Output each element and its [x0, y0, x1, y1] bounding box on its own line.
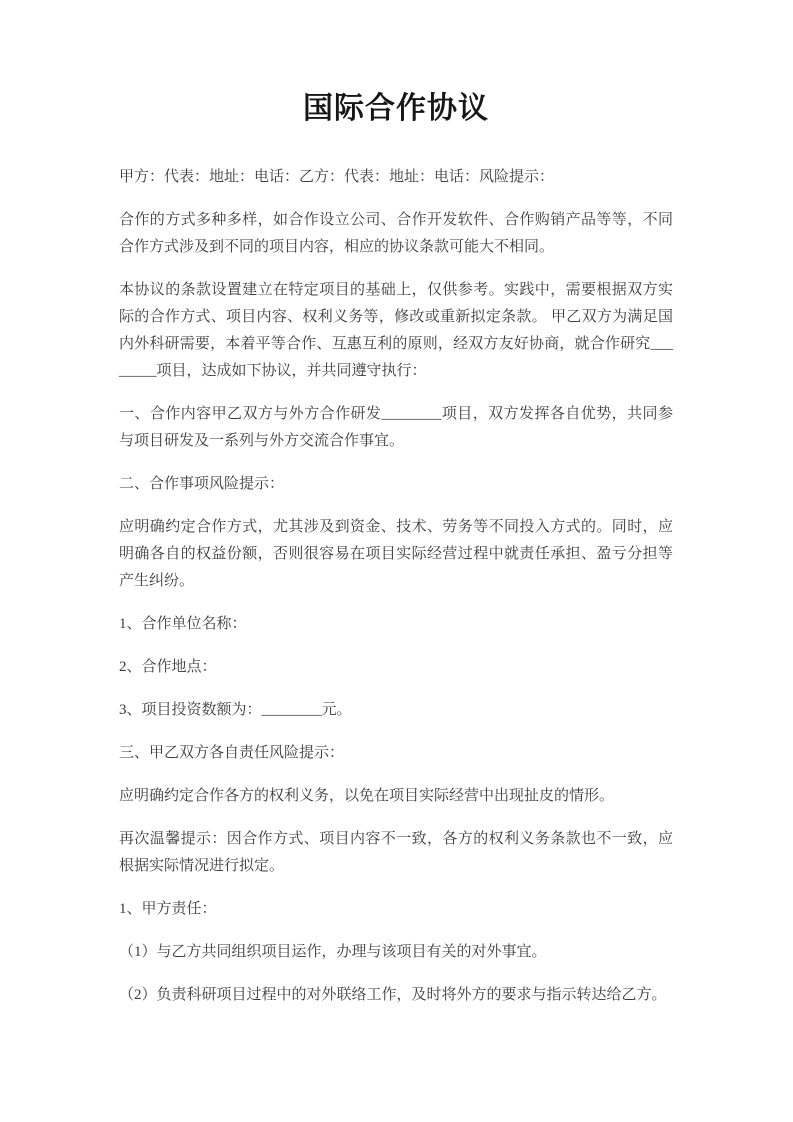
paragraph: （1）与乙方共同组织项目运作，办理与该项目有关的对外事宜。 [119, 939, 673, 966]
paragraph: （2）负责科研项目过程中的对外联络工作，及时将外方的要求与指示转达给乙方。 [119, 982, 673, 1009]
document-page: 国际合作协议 甲方：代表：地址：电话：乙方：代表：地址：电话：风险提示：合作的方… [0, 0, 793, 1122]
paragraph: 合作的方式多种多样，如合作设立公司、合作开发软件、合作购销产品等等，不同合作方式… [119, 207, 673, 261]
paragraph: 1、合作单位名称： [119, 611, 673, 638]
document-title: 国际合作协议 [119, 89, 673, 129]
paragraph: 二、合作事项风险提示： [119, 471, 673, 498]
document-body: 甲方：代表：地址：电话：乙方：代表：地址：电话：风险提示：合作的方式多种多样，如… [119, 164, 673, 1009]
document-content: 国际合作协议 甲方：代表：地址：电话：乙方：代表：地址：电话：风险提示：合作的方… [0, 89, 793, 1009]
paragraph: 3、项目投资数额为：________元。 [119, 697, 673, 724]
paragraph: 本协议的条款设置建立在特定项目的基础上，仅供参考。实践中，需要根据双方实际的合作… [119, 277, 673, 385]
paragraph: 再次温馨提示：因合作方式、项目内容不一致，各方的权利义务条款也不一致，应根据实际… [119, 826, 673, 880]
paragraph: 应明确约定合作各方的权利义务，以免在项目实际经营中出现扯皮的情形。 [119, 783, 673, 810]
paragraph: 一、合作内容甲乙双方与外方合作研发________项目，双方发挥各自优势，共同参… [119, 401, 673, 455]
paragraph: 1、甲方责任： [119, 896, 673, 923]
paragraph: 应明确约定合作方式，尤其涉及到资金、技术、劳务等不同投入方式的。同时，应明确各自… [119, 514, 673, 595]
paragraph: 甲方：代表：地址：电话：乙方：代表：地址：电话：风险提示： [119, 164, 673, 191]
paragraph: 三、甲乙双方各自责任风险提示： [119, 740, 673, 767]
paragraph: 2、合作地点： [119, 654, 673, 681]
